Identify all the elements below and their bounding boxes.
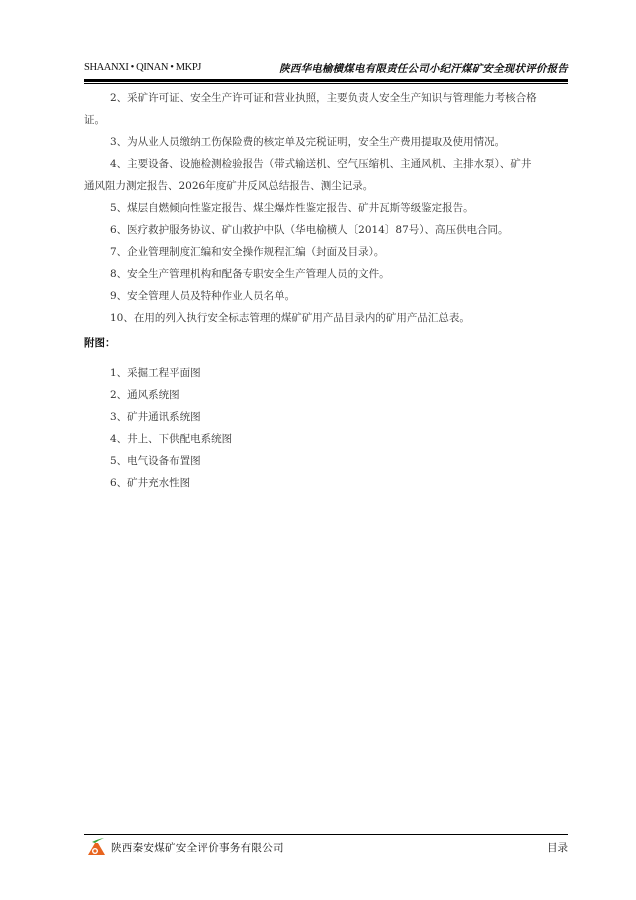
list-item-text: 6、医疗救护服务协议、矿山救护中队（华电榆横人〔2014〕87号）、高压供电合同… [110,224,509,236]
header-report-title: 陕西华电榆横煤电有限责任公司小纪汗煤矿安全现状评价报告 [279,61,568,76]
appendix-item: 4、井上、下供配电系统图 [110,428,232,450]
list-item-text: 5、煤层自燃倾向性鉴定报告、煤尘爆炸性鉴定报告、矿井瓦斯等级鉴定报告。 [110,202,474,214]
header-rule-thin [84,83,568,84]
appendix-item: 3、矿井通讯系统图 [110,406,232,428]
company-logo-icon [86,838,106,856]
header-org-code: SHAANXI • QINAN • MKPJ [84,62,201,73]
appendix-item: 2、通风系统图 [110,384,232,406]
list-item: 4、主要设备、设施检测检验报告（带式输送机、空气压缩机、主通风机、主排水泵）、矿… [84,153,568,197]
appendix-item: 5、电气设备布置图 [110,450,232,472]
list-item-text: 4、主要设备、设施检测检验报告（带式输送机、空气压缩机、主通风机、主排水泵）、矿… [110,158,531,170]
appendix-item: 6、矿井充水性图 [110,472,232,494]
list-item-continuation: 通风阻力测定报告、2026年度矿井反风总结报告、测尘记录。 [84,175,568,197]
list-item-text: 8、安全生产管理机构和配备专职安全生产管理人员的文件。 [110,268,390,280]
list-item: 2、采矿许可证、安全生产许可证和营业执照，主要负责人安全生产知识与管理能力考核合… [84,87,568,131]
footer-rule [84,834,568,835]
appendix-heading: 附图： [84,335,116,350]
footer-section-label: 目录 [547,840,568,855]
list-item: 7、企业管理制度汇编和安全操作规程汇编（封面及目录）。 [84,241,568,263]
attachment-list: 2、采矿许可证、安全生产许可证和营业执照，主要负责人安全生产知识与管理能力考核合… [84,87,568,329]
header-rule-thick [84,79,568,82]
list-item-text: 7、企业管理制度汇编和安全操作规程汇编（封面及目录）。 [110,246,384,258]
list-item-text: 2、采矿许可证、安全生产许可证和营业执照，主要负责人安全生产知识与管理能力考核合… [110,92,537,104]
list-item-text: 3、为从业人员缴纳工伤保险费的核定单及完税证明，安全生产费用提取及使用情况。 [110,136,505,148]
list-item: 3、为从业人员缴纳工伤保险费的核定单及完税证明，安全生产费用提取及使用情况。 [84,131,568,153]
appendix-figure-list: 1、采掘工程平面图 2、通风系统图 3、矿井通讯系统图 4、井上、下供配电系统图… [110,362,232,494]
page-header: SHAANXI • QINAN • MKPJ 陕西华电榆横煤电有限责任公司小纪汗… [84,60,568,84]
appendix-item: 1、采掘工程平面图 [110,362,232,384]
list-item: 8、安全生产管理机构和配备专职安全生产管理人员的文件。 [84,263,568,285]
footer-company-name: 陕西秦安煤矿安全评价事务有限公司 [111,840,284,855]
list-item-text: 10、在用的列入执行安全标志管理的煤矿矿用产品目录内的矿用产品汇总表。 [110,312,470,324]
list-item: 10、在用的列入执行安全标志管理的煤矿矿用产品目录内的矿用产品汇总表。 [84,307,568,329]
list-item-continuation: 证。 [84,109,568,131]
list-item: 9、安全管理人员及特种作业人员名单。 [84,285,568,307]
list-item-text: 9、安全管理人员及特种作业人员名单。 [110,290,295,302]
list-item: 6、医疗救护服务协议、矿山救护中队（华电榆横人〔2014〕87号）、高压供电合同… [84,219,568,241]
list-item: 5、煤层自燃倾向性鉴定报告、煤尘爆炸性鉴定报告、矿井瓦斯等级鉴定报告。 [84,197,568,219]
